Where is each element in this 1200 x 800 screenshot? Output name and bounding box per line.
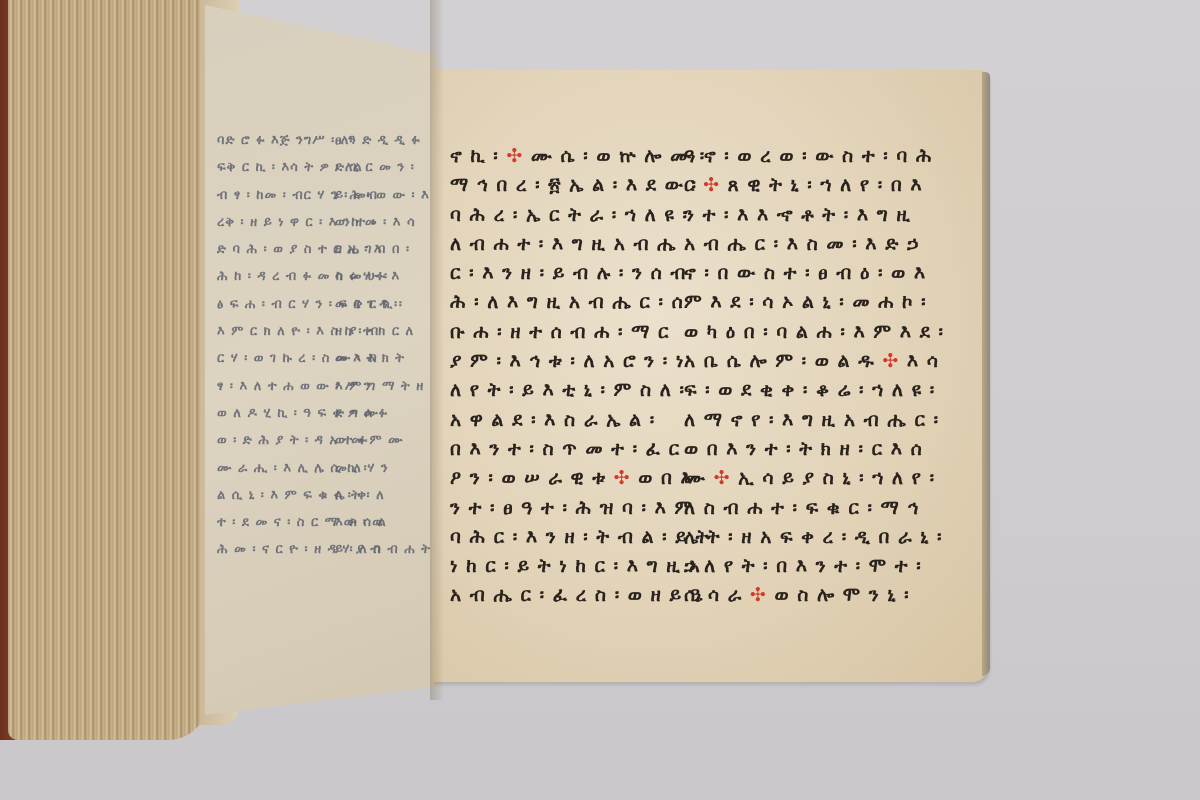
page-edges-stack xyxy=(8,0,208,740)
manuscript-line: ኖ ፡ በ ው ስ ተ ፡ ፀ ብ ዕ ፡ ወ እ xyxy=(684,259,944,288)
manuscript-line: ር ✣ ጸ ዊ ት ኒ ፡ ኀ ለ የ ፡ በ እ xyxy=(684,171,944,200)
manuscript-line: ዖ ን ፡ ወ ሠ ራ ዊ ቱ ✣ ወ በ እ xyxy=(450,464,709,493)
manuscript-line: ባ ሕ ረ ፡ ኤ ር ት ራ ፡ ኀ ለ ዩ ፡ xyxy=(450,201,709,230)
rubric-cross-icon: ✣ xyxy=(506,145,523,167)
right-page-column-2: ዓ ኖ ፡ ወ ረ ወ ፡ ው ስ ተ ፡ ባ ሕር ✣ ጸ ዊ ት ኒ ፡ ኀ… xyxy=(684,142,944,611)
left-page-column-2: ፀ ዓ ድ ዲ ዲ ፉድ ጊ ር መ ን ፡ይ ሕ ፡ ወ ው ፡ እወ ከ መ… xyxy=(335,127,441,564)
manuscript-line: ኖ ኪ ፡ ✣ ሙ ሴ ፡ ወ ኵ ሎ ሙ ፡ xyxy=(450,142,709,171)
manuscript-line: ነ ከ ር ፡ ይ ት ነ ከ ር ፡ እ ግ ዚ አ xyxy=(450,552,709,581)
manuscript-line: ማ ኅ በ ረ ፡ ፳ ኤ ል ፡ እ ደ ው ፡ xyxy=(450,171,709,200)
manuscript-line: አ ዋ ል ደ ፡ እ ስ ራ ኤ ል ፡ xyxy=(450,406,709,435)
manuscript-line: ሌ ት ፡ ለ xyxy=(335,482,441,509)
manuscript-line: አ ቤ ሴ ሎ ም ፡ ወ ል ዱ ✣ እ ሳ xyxy=(684,347,944,376)
manuscript-line: እ ስ ሰ ል xyxy=(335,509,441,536)
manuscript-line: ድ ጊ ር መ ን ፡ xyxy=(335,154,441,181)
left-page: ባድ ሮ ፉ እጅ ንግሥ ፡ ለ፡ፍቅ ር ኪ ፡ እሳ ት ዎ ፡ ለልብ … xyxy=(205,5,437,715)
manuscript-line: ዘ ያ ተ ክ ር ለ xyxy=(335,318,441,345)
manuscript-line: ድ ግ ለ ፉ xyxy=(335,400,441,427)
rubric-cross-icon: ✣ xyxy=(614,467,631,489)
manuscript-line: ኃ ለ የ ት ፡ በ እ ን ተ ፡ ሞ ተ ፡ xyxy=(684,552,944,581)
manuscript-line: አ ብ ሔ ር ፡ ፈ ረ ስ ፡ ወ ዘ ይ ዔ xyxy=(450,581,709,610)
manuscript-line: ሕ ፡ ለ እ ግ ዚ አ ብ ሔ ር ፡ ሰ xyxy=(450,288,709,317)
manuscript-line: ወ ከ መ ፡ እ ሳ xyxy=(335,209,441,236)
manuscript-line: በ እ ን ተ ፡ ስ ጥ መ ተ ፡ ፈ ር xyxy=(450,435,709,464)
manuscript-line: ዓ ኖ ፡ ወ ረ ወ ፡ ው ስ ተ ፡ ባ ሕ xyxy=(684,142,944,171)
rubric-cross-icon: ✣ xyxy=(703,174,720,196)
manuscript-line: ለ ማ ኖ የ ፡ እ ግ ዚ አ ብ ሔ ር ፡ xyxy=(684,406,944,435)
rubric-cross-icon: ✣ xyxy=(750,584,767,606)
manuscript-line: ቡ ሐ ፡ ዘ ተ ሰ ብ ሐ ፡ ማ ር xyxy=(450,318,709,347)
manuscript-line: ሙ ✣ ኢ ሳ ይ ያ ስ ኒ ፡ ኀ ለ የ ፡ xyxy=(684,464,944,493)
manuscript-line: ለ ብ ሐ ተ ፡ እ ግ ዚ አ ብ ሔ xyxy=(450,230,709,259)
manuscript-line: ፍ ፡ ወ ደ ቂ ቀ ፡ ቆ ሬ ፡ ኀ ለ ዩ ፡ xyxy=(684,376,944,405)
manuscript-line: ሳ ሩ ሃ ፉ እ xyxy=(335,263,441,290)
gutter-shadow xyxy=(430,0,444,700)
manuscript-line: ም እ ደ ፡ ሳ ኦ ል ኒ ፡ መ ሐ ኮ ፡ xyxy=(684,288,944,317)
manuscript-line: ዘ ሐ ገ በ በ ፡ xyxy=(335,236,441,263)
manuscript-line: ሲ ሳ ራ ✣ ወ ስ ሎ ሞ ን ኒ ፡ xyxy=(684,581,944,610)
manuscript-line: ወ መ ም ሙ xyxy=(335,427,441,454)
manuscript-line: አ ብ ሔ ር ፡ እ ስ መ ፡ እ ድ ኃ xyxy=(684,230,944,259)
manuscript-line: ለ የ ት ፡ ይ እ ቲ ኒ ፡ ም ስ ለ ፡ xyxy=(450,376,709,405)
manuscript-line: ን ተ ፡ እ እ ኆ ቶ ት ፡ እ ግ ዚ xyxy=(684,201,944,230)
right-page-column-1: ኖ ኪ ፡ ✣ ሙ ሴ ፡ ወ ኵ ሎ ሙ ፡ማ ኅ በ ረ ፡ ፳ ኤ ል ፡… xyxy=(450,142,709,611)
manuscript-line: ይ ሕ ፡ ወ ው ፡ እ xyxy=(335,182,441,209)
manuscript-line: እ ም ግ ማ ት ዘ xyxy=(335,373,441,400)
manuscript-line: ይ ፡ ለ ስ ብ ሐ ት ፡ xyxy=(335,536,441,563)
manuscript-line: ያ ም ፡ እ ኅ ቱ ፡ ለ አ ሮ ን ፡ ነ xyxy=(450,347,709,376)
right-page-edge xyxy=(982,72,990,676)
manuscript-line: መ ር ገ ዳ ፡ xyxy=(335,291,441,318)
manuscript-line: ፀ ዓ ድ ዲ ዲ ፉ xyxy=(335,127,441,154)
rubric-cross-icon: ✣ xyxy=(714,467,731,489)
manuscript-line: ባ ሕ ር ፡ እ ን ዘ ፡ ት ብ ል ፡ ይ ት xyxy=(450,523,709,552)
manuscript-line: ሌ ት ፡ ዘ አ ፍ ቀ ረ ፡ ዲ በ ራ ኒ ፡ xyxy=(684,523,944,552)
right-page: ኖ ኪ ፡ ✣ ሙ ሴ ፡ ወ ኵ ሎ ሙ ፡ማ ኅ በ ረ ፡ ፳ ኤ ል ፡… xyxy=(432,70,988,682)
manuscript-line: ን ተ ፡ ፀ ዓ ተ ፡ ሕ ዝ ባ ፡ እ ም xyxy=(450,494,709,523)
rubric-cross-icon: ✣ xyxy=(882,350,899,372)
manuscript-line: ር ፡ እ ን ዘ ፡ ይ ብ ሉ ፡ ን ሰ ብ xyxy=(450,259,709,288)
manuscript-line: መ እ እ ክ ት xyxy=(335,345,441,372)
manuscript-line: ወ ካ ዕ በ ፡ ባ ል ሐ ፡ እ ም እ ደ ፡ xyxy=(684,318,944,347)
manuscript-line: መ ለ ሃ ን xyxy=(335,455,441,482)
manuscript-line: ለ ስ ብ ሐ ተ ፡ ፍ ቁ ር ፡ ማ ኅ xyxy=(684,494,944,523)
manuscript-line: ወ በ እ ን ተ ፡ ት ክ ዘ ፡ ር እ ሰ xyxy=(684,435,944,464)
